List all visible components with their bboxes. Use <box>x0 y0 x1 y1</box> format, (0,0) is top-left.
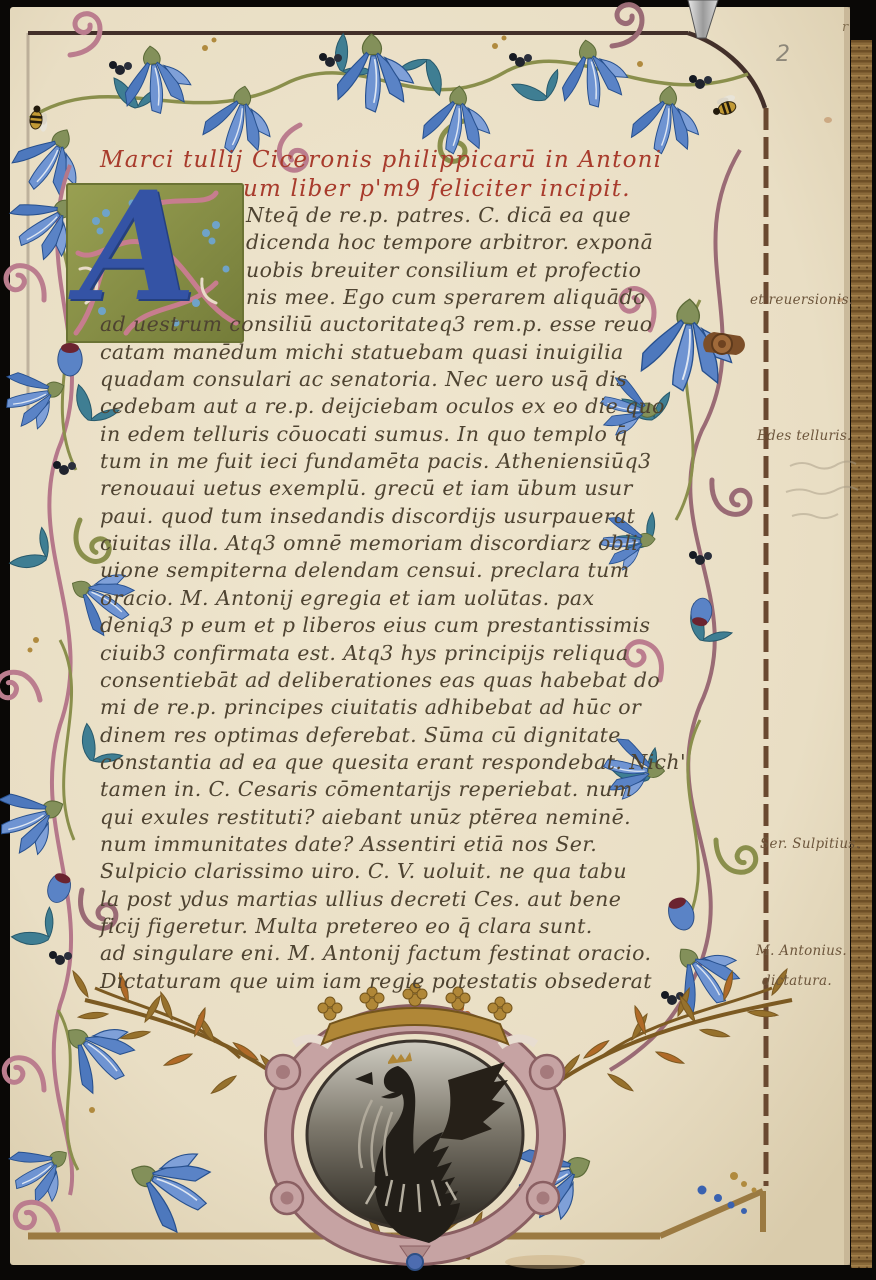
text-line: catam manēdum michi statuebam quasi inui… <box>100 340 715 367</box>
margin-note: M. Antonius. <box>756 943 847 959</box>
text-line: Nteq̄ de re.p. patres. C. dicā ea que <box>100 203 715 230</box>
text-line: cedebam aut a re.p. deijciebam oculos ex… <box>100 394 715 421</box>
text-line: tum in me fuit ieci fundamēta pacis. Ath… <box>100 449 715 476</box>
text-line: uione sempiterna delendam censui. precla… <box>100 558 715 585</box>
margin-note: Ser. Sulpitius. <box>760 836 860 852</box>
text-line: constantia ad ea que quesita erant respo… <box>100 750 715 777</box>
text-line: dinem res optimas deferebat. Sūma cū dig… <box>100 723 715 750</box>
gilt-book-edge <box>851 40 872 1268</box>
ribbon-knot <box>407 1254 423 1270</box>
text-line: Sulpicio clarissimo uiro. C. V. uoluit. … <box>100 859 715 886</box>
text-line: Dictaturam que uim iam regie potestatis … <box>100 969 715 996</box>
text-line: tamen in. C. Cesaris cōmentarijs reperie… <box>100 777 715 804</box>
text-line: qui exules restituti? aiebant unūz ptēre… <box>100 805 715 832</box>
text-line: deniq3 p eum et p liberos eius cum prest… <box>100 613 715 640</box>
text-line: dicenda hoc tempore arbitror. exponā <box>100 230 715 257</box>
text-line: num immunitates date? Assentiri etiā nos… <box>100 832 715 859</box>
rubric-title-line2: um liber p'm9 feliciter incipit. <box>243 176 631 202</box>
text-line: mi de re.p. principes ciuitatis adhibeba… <box>100 695 715 722</box>
rubric-title-line1: Marci tullij Ciceronis philippicarū in A… <box>100 147 662 173</box>
body-text: Nteq̄ de re.p. patres. C. dicā ea que di… <box>100 203 715 996</box>
text-line: renouaui uetus exemplū. grecū et iam ūbu… <box>100 476 715 503</box>
margin-note: Edes telluris. <box>757 428 852 444</box>
margin-note: et reuersionis. <box>750 292 853 308</box>
margin-note: dictatura. <box>762 973 832 989</box>
text-line: ficij figeretur. Multa pretereo eo q̄ cl… <box>100 914 715 941</box>
text-line: nis mee. Ego cum sperarem aliquādo <box>100 285 715 312</box>
text-line: ad singulare eni. M. Antonij factum fest… <box>100 941 715 968</box>
text-line: ciuitas illa. Atq3 omnē memoriam discord… <box>100 531 715 558</box>
text-line: consentiebāt ad deliberationes eas quas … <box>100 668 715 695</box>
text-line: oracio. M. Antonij egregia et iam uolūta… <box>100 586 715 613</box>
text-line: paui. quod tum insedandis discordijs usu… <box>100 504 715 531</box>
text-line: quadam consulari ac senatoria. Nec uero … <box>100 367 715 394</box>
manuscript-photo: A Marci tullij Ciceronis philippicarū in… <box>0 0 876 1280</box>
text-line: ad uestrum consiliū auctoritateq3 rem.p.… <box>100 312 715 339</box>
text-line: la post ydus martias ullius decreti Ces.… <box>100 887 715 914</box>
text-line: uobis breuiter consilium et profectio <box>100 258 715 285</box>
text-line: ciuib3 confirmata est. Atq3 hys principi… <box>100 641 715 668</box>
folio-number: 2 <box>776 42 790 67</box>
corner-mark: r <box>842 20 848 35</box>
text-line: in edem telluris cōuocati sumus. In quo … <box>100 422 715 449</box>
